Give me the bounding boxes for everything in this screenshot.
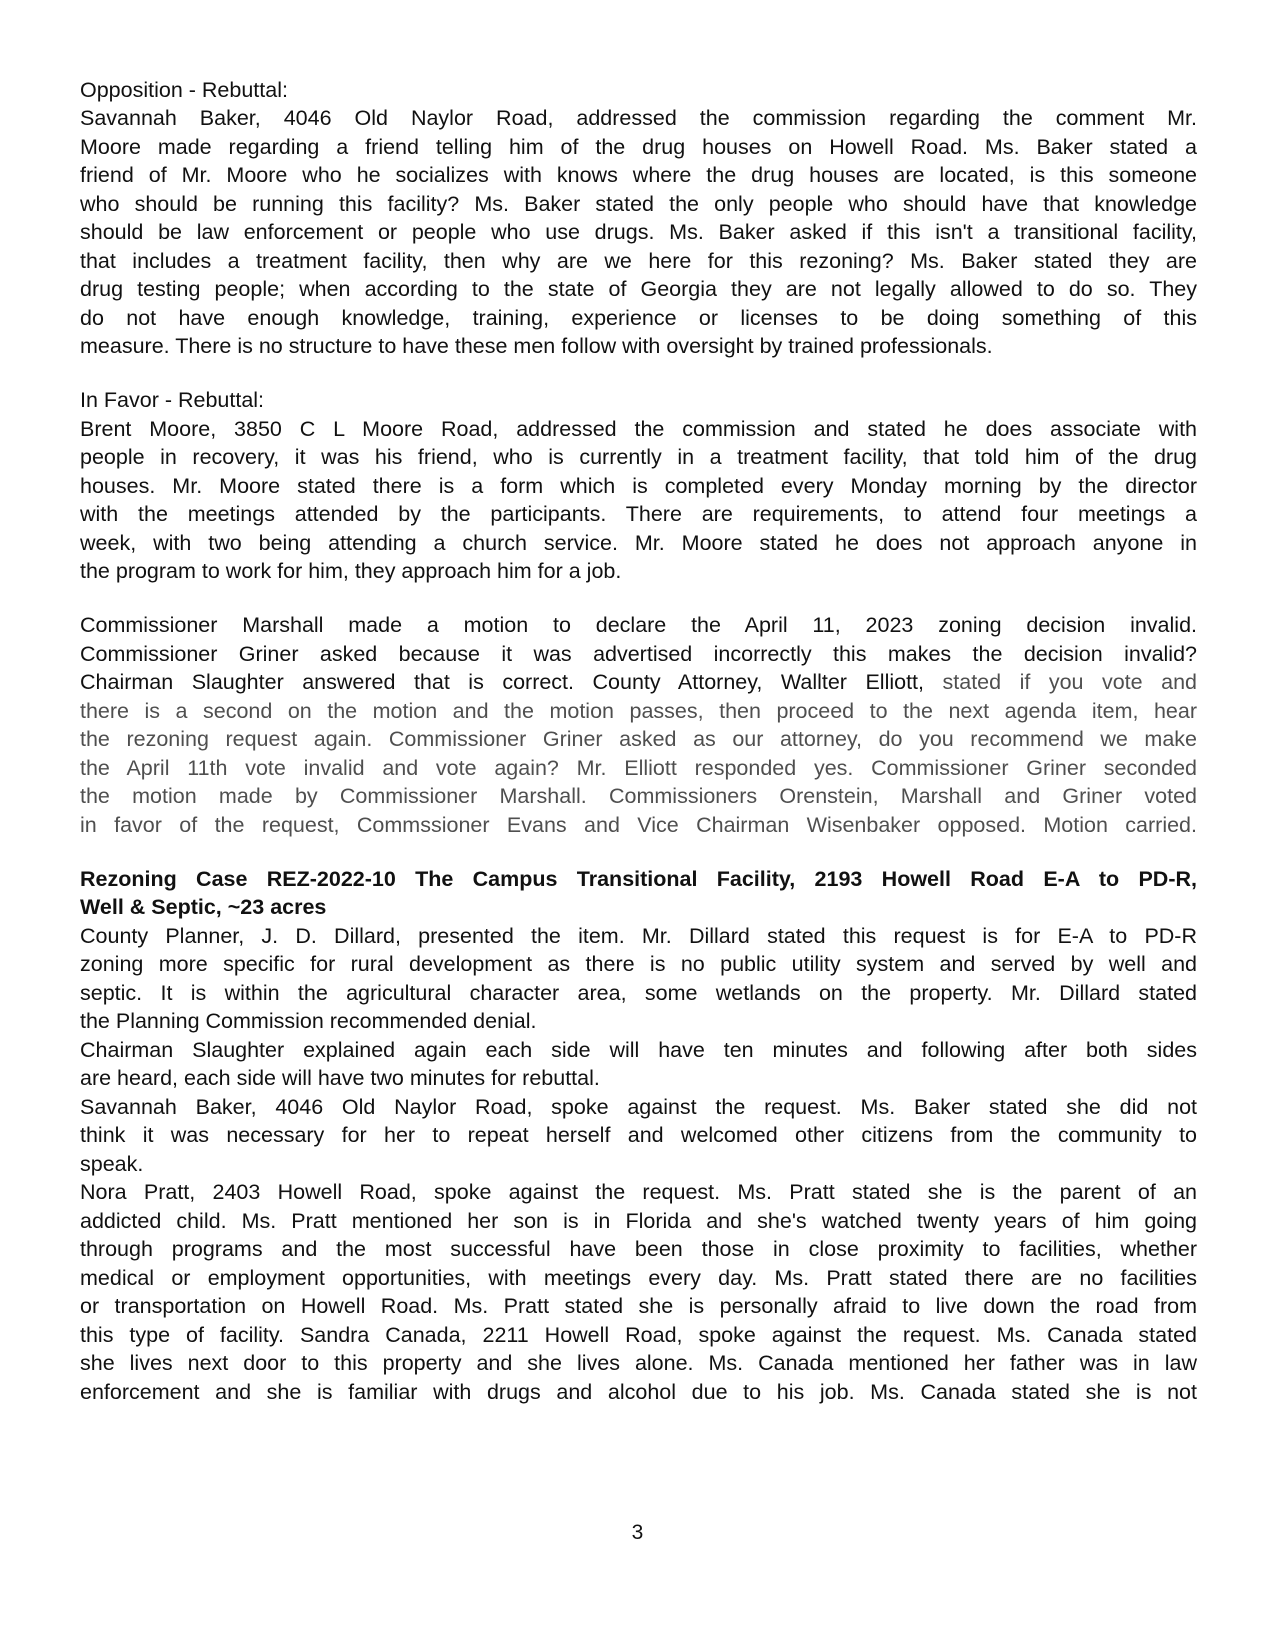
paragraph-line: that includes a treatment facility, then… [80, 247, 1197, 276]
section-heading: In Favor - Rebuttal: [80, 386, 1197, 415]
paragraph-line: this type of facility. Sandra Canada, 22… [80, 1321, 1197, 1350]
paragraph-line: Chairman Slaughter explained again each … [80, 1036, 1197, 1065]
paragraph-line-mixed: Chairman Slaughter answered that is corr… [80, 668, 1197, 697]
paragraph-line: the April 11th vote invalid and vote aga… [80, 754, 1197, 783]
paragraph-line: Savannah Baker, 4046 Old Naylor Road, ad… [80, 104, 1197, 133]
paragraph-line: Brent Moore, 3850 C L Moore Road, addres… [80, 415, 1197, 444]
paragraph-line: think it was necessary for her to repeat… [80, 1121, 1197, 1150]
paragraph-line: measure. There is no structure to have t… [80, 332, 1197, 361]
paragraph-line: through programs and the most successful… [80, 1235, 1197, 1264]
paragraph-line: Commissioner Marshall made a motion to d… [80, 611, 1197, 640]
paragraph-line: or transportation on Howell Road. Ms. Pr… [80, 1292, 1197, 1321]
paragraph-line: Nora Pratt, 2403 Howell Road, spoke agai… [80, 1178, 1197, 1207]
paragraph-line: medical or employment opportunities, wit… [80, 1264, 1197, 1293]
paragraph-line: the Planning Commission recommended deni… [80, 1007, 1197, 1036]
paragraph-line: County Planner, J. D. Dillard, presented… [80, 922, 1197, 951]
case-title: Well & Septic, ~23 acres [80, 893, 1197, 922]
paragraph-line: who should be running this facility? Ms.… [80, 190, 1197, 219]
paragraph-line: septic. It is within the agricultural ch… [80, 979, 1197, 1008]
paragraph-line: the motion made by Commissioner Marshall… [80, 782, 1197, 811]
paragraph-line: do not have enough knowledge, training, … [80, 304, 1197, 333]
paragraph-line: in favor of the request, Commssioner Eva… [80, 811, 1197, 840]
paragraph-line: enforcement and she is familiar with dru… [80, 1378, 1197, 1407]
paragraph-line: speak. [80, 1150, 1197, 1179]
paragraph-line: week, with two being attending a church … [80, 529, 1197, 558]
document-page: Opposition - Rebuttal: Savannah Baker, 4… [0, 0, 1275, 1651]
paragraph-line: Moore made regarding a friend telling hi… [80, 133, 1197, 162]
black-text: Chairman Slaughter answered that is corr… [80, 670, 924, 694]
paragraph-line: people in recovery, it was his friend, w… [80, 443, 1197, 472]
section-heading: Opposition - Rebuttal: [80, 76, 1197, 105]
paragraph-line: Commissioner Griner asked because it was… [80, 640, 1197, 669]
paragraph-line: should be law enforcement or people who … [80, 218, 1197, 247]
paragraph-line: zoning more specific for rural developme… [80, 950, 1197, 979]
paragraph-line: friend of Mr. Moore who he socializes wi… [80, 161, 1197, 190]
page-number: 3 [0, 1518, 1275, 1547]
paragraph-line: the program to work for him, they approa… [80, 557, 1197, 586]
grey-text: stated if you vote and [924, 670, 1197, 694]
paragraph-line: there is a second on the motion and the … [80, 697, 1197, 726]
paragraph-line: houses. Mr. Moore stated there is a form… [80, 472, 1197, 501]
paragraph-line: drug testing people; when according to t… [80, 275, 1197, 304]
paragraph-line: the rezoning request again. Commissioner… [80, 725, 1197, 754]
paragraph-line: Savannah Baker, 4046 Old Naylor Road, sp… [80, 1093, 1197, 1122]
case-title: Rezoning Case REZ-2022-10 The Campus Tra… [80, 865, 1197, 894]
paragraph-line: are heard, each side will have two minut… [80, 1064, 1197, 1093]
paragraph-line: addicted child. Ms. Pratt mentioned her … [80, 1207, 1197, 1236]
paragraph-line: with the meetings attended by the partic… [80, 500, 1197, 529]
paragraph-line: she lives next door to this property and… [80, 1349, 1197, 1378]
